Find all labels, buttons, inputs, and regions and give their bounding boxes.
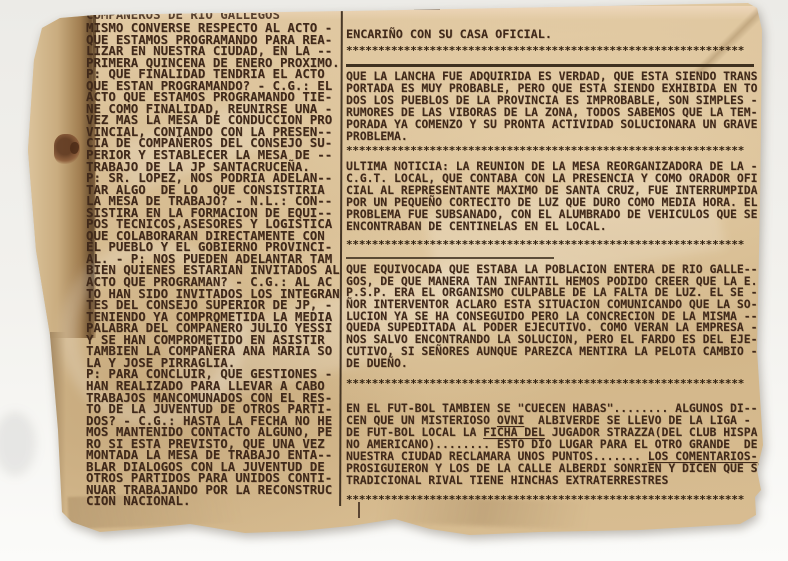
text-line: CUTIVO, SI SEÑORES AUNQUE PAREZCA MENTIR… <box>346 346 770 358</box>
newspaper-clipping: COMPAÑEROS DE RIO GALLEGOS MISMO CONVERS… <box>0 0 788 561</box>
star-separator: ****************************************… <box>346 239 770 251</box>
text-line: DE DUEÑO. <box>346 358 770 370</box>
text-line: CION NACIONAL. <box>86 495 348 507</box>
paper-sheet: COMPAÑEROS DE RIO GALLEGOS MISMO CONVERS… <box>0 0 788 561</box>
star-separator: ****************************************… <box>346 494 770 506</box>
clipped-text-line: COMPAÑEROS DE RIO GALLEGOS <box>86 13 348 22</box>
left-edge-shadow <box>50 332 66 524</box>
star-separator: ****************************************… <box>346 45 770 57</box>
news-item-equivocada: QUE EQUIVOCADA QUE ESTABA LA POBLACION E… <box>346 264 770 369</box>
news-item-ultima-noticia: ULTIMA NOTICIA: LA REUNION DE LA MESA RE… <box>346 161 770 232</box>
ink-mark <box>358 502 360 518</box>
star-separator: ****************************************… <box>346 378 770 390</box>
text-line: PROBLEMA. <box>346 131 770 143</box>
left-column-lines: MISMO CONVERSE RESPECTO AL ACTO -QUE EST… <box>86 22 348 507</box>
clipped-text-fragment <box>346 0 770 18</box>
clipped-text: COMPAÑEROS DE RIO GALLEGOS <box>86 13 348 22</box>
text-line: PORADA YA COMENZO Y SU PRONTA ACTIVIDAD … <box>346 119 770 131</box>
news-item-futbol: EN EL FUT-BOL TAMBIEN SE "CUECEN HABAS".… <box>346 402 770 486</box>
text-line: ENCONTRABAN DE CENTINELAS EN EL LOCAL. <box>346 221 770 233</box>
text-line: TRADICIONAL RIVAL TIENE HINCHAS EXTRATER… <box>346 474 770 486</box>
news-item-lancha: QUE LA LANCHA FUE ADQUIRIDA ES VERDAD, Q… <box>346 71 770 142</box>
star-separator: ****************************************… <box>346 145 770 157</box>
left-column: COMPAÑEROS DE RIO GALLEGOS MISMO CONVERS… <box>86 13 348 507</box>
right-column: ENCARIÑO CON SU CASA OFICIAL. **********… <box>346 0 770 506</box>
scanned-page: COMPAÑEROS DE RIO GALLEGOS MISMO CONVERS… <box>0 0 788 561</box>
horizontal-rule <box>346 64 754 67</box>
intro-line: ENCARIÑO CON SU CASA OFICIAL. <box>346 28 770 40</box>
horizontal-rule-partial <box>346 257 554 259</box>
